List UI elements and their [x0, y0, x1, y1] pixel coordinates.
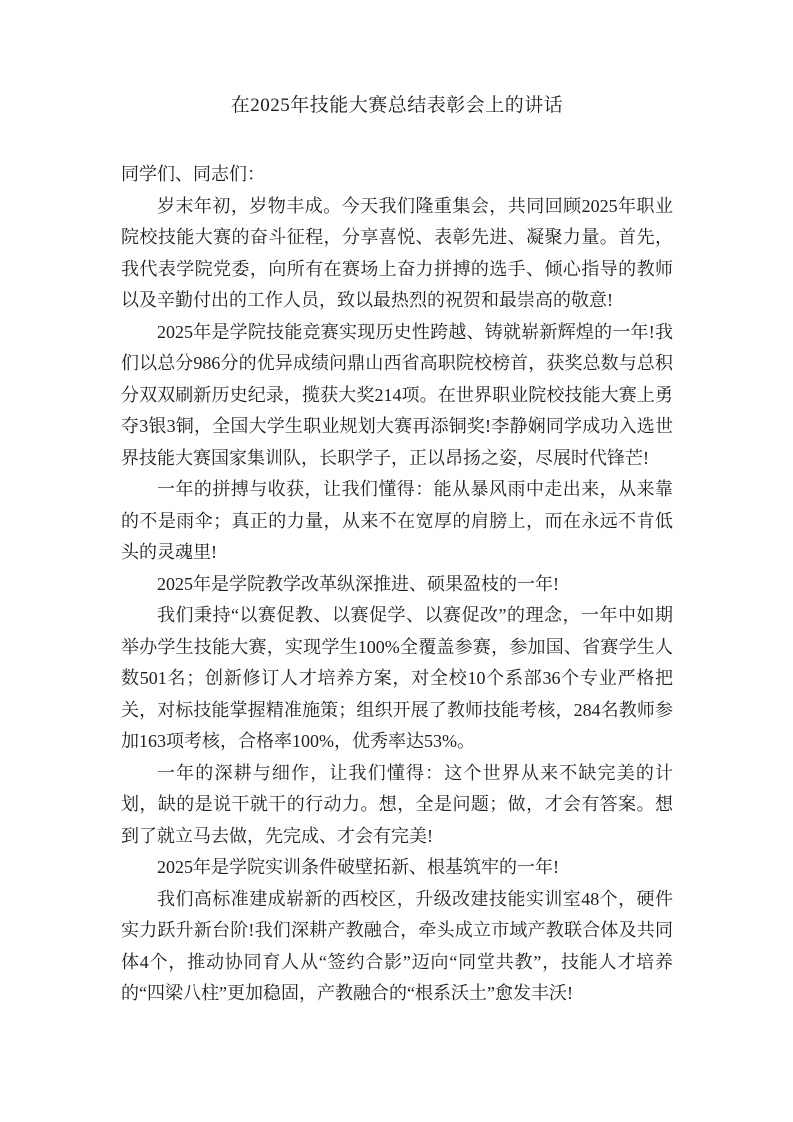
paragraph-opening: 岁末年初，岁物丰成。今天我们隆重集会，共同回顾2025年职业院校技能大赛的奋斗征… — [121, 191, 673, 317]
paragraph-reflection-struggle: 一年的拼搏与收获，让我们懂得：能从暴风雨中走出来，从来靠的不是雨伞；真正的力量，… — [121, 474, 673, 569]
paragraph-competition-achievements: 2025年是学院技能竞赛实现历史性跨越、铸就崭新辉煌的一年!我们以总分986分的… — [121, 317, 673, 475]
paragraph-training-facilities-details: 我们高标准建成崭新的西校区，升级改建技能实训室48个，硬件实力跃升新台阶!我们深… — [121, 884, 673, 1010]
paragraph-training-facilities-heading: 2025年是学院实训条件破壁拓新、根基筑牢的一年! — [121, 852, 673, 884]
document-page: 在2025年技能大赛总结表彰会上的讲话 同学们、同志们： 岁末年初，岁物丰成。今… — [0, 0, 793, 1122]
greeting-line: 同学们、同志们： — [121, 159, 673, 191]
paragraph-teaching-reform-details: 我们秉持“以赛促教、以赛促学、以赛促改”的理念，一年中如期举办学生技能大赛，实现… — [121, 600, 673, 758]
paragraph-reflection-action: 一年的深耕与细作，让我们懂得：这个世界从来不缺完美的计划，缺的是说干就干的行动力… — [121, 758, 673, 853]
document-title: 在2025年技能大赛总结表彰会上的讲话 — [121, 92, 673, 120]
paragraph-teaching-reform-heading: 2025年是学院教学改革纵深推进、硕果盈枝的一年! — [121, 569, 673, 601]
document-body: 同学们、同志们： 岁末年初，岁物丰成。今天我们隆重集会，共同回顾2025年职业院… — [121, 159, 673, 1010]
